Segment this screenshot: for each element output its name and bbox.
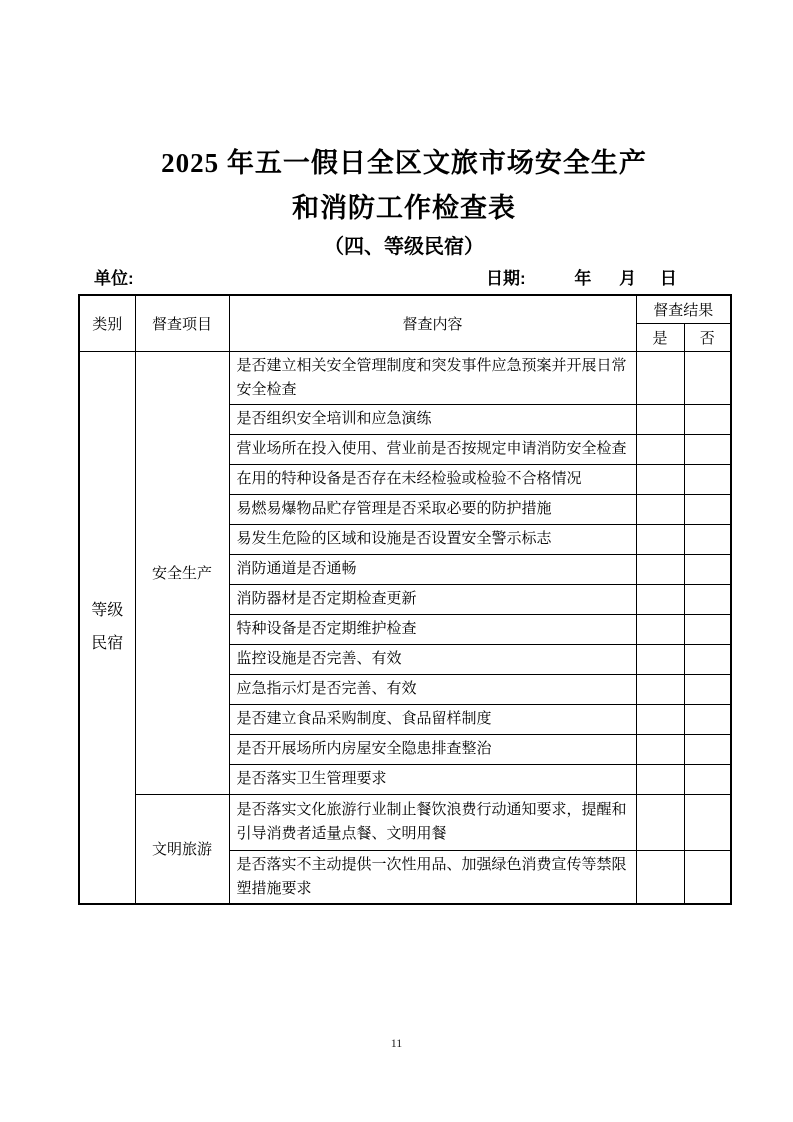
title-block: 2025 年五一假日全区文旅市场安全生产 和消防工作检查表 （四、等级民宿） xyxy=(78,0,730,264)
inspection-item: 应急指示灯是否完善、有效 xyxy=(229,674,636,704)
result-no-cell xyxy=(684,734,731,764)
header-category: 类别 xyxy=(79,295,135,351)
result-no-cell xyxy=(684,554,731,584)
document-subtitle: （四、等级民宿） xyxy=(78,231,730,264)
inspection-item: 是否落实不主动提供一次性用品、加强绿色消费宣传等禁限塑措施要求 xyxy=(229,850,636,904)
result-no-cell xyxy=(684,434,731,464)
month-label: 月 xyxy=(619,269,636,288)
result-yes-cell xyxy=(636,850,684,904)
inspection-item: 在用的特种设备是否存在未经检验或检验不合格情况 xyxy=(229,464,636,494)
result-no-cell xyxy=(684,614,731,644)
inspection-item: 易发生危险的区域和设施是否设置安全警示标志 xyxy=(229,524,636,554)
result-no-cell xyxy=(684,794,731,850)
inspection-item: 是否落实文化旅游行业制止餐饮浪费行动通知要求，提醒和引导消费者适量点餐、文明用餐 xyxy=(229,794,636,850)
inspection-item: 消防通道是否通畅 xyxy=(229,554,636,584)
result-yes-cell xyxy=(636,524,684,554)
result-no-cell xyxy=(684,584,731,614)
result-yes-cell xyxy=(636,644,684,674)
result-yes-cell xyxy=(636,434,684,464)
result-yes-cell xyxy=(636,794,684,850)
header-yes: 是 xyxy=(636,323,684,351)
project-cell-safety: 安全生产 xyxy=(135,351,229,794)
header-no: 否 xyxy=(684,323,731,351)
inspection-item: 是否建立相关安全管理制度和突发事件应急预案并开展日常安全检查 xyxy=(229,351,636,404)
inspection-table: 类别 督查项目 督查内容 督查结果 是 否 等级 民宿 安全生产 是 xyxy=(78,294,732,905)
header-project: 督查项目 xyxy=(135,295,229,351)
day-label: 日 xyxy=(660,269,677,288)
result-no-cell xyxy=(684,351,731,404)
inspection-item: 易燃易爆物品贮存管理是否采取必要的防护措施 xyxy=(229,494,636,524)
result-yes-cell xyxy=(636,674,684,704)
result-no-cell xyxy=(684,464,731,494)
result-no-cell xyxy=(684,404,731,434)
unit-date-row: 单位: 日期: 年 月 日 xyxy=(78,267,730,294)
result-yes-cell xyxy=(636,404,684,434)
header-result: 督查结果 xyxy=(636,295,731,323)
inspection-item: 消防器材是否定期检查更新 xyxy=(229,584,636,614)
inspection-item: 特种设备是否定期维护检查 xyxy=(229,614,636,644)
result-yes-cell xyxy=(636,494,684,524)
category-cell: 等级 民宿 xyxy=(79,351,135,904)
date-label: 日期: xyxy=(486,269,526,288)
result-yes-cell xyxy=(636,351,684,404)
result-yes-cell xyxy=(636,764,684,794)
document-title-line2: 和消防工作检查表 xyxy=(78,186,730,231)
year-label: 年 xyxy=(574,269,591,288)
inspection-item: 监控设施是否完善、有效 xyxy=(229,644,636,674)
result-no-cell xyxy=(684,764,731,794)
inspection-item: 是否开展场所内房屋安全隐患排查整治 xyxy=(229,734,636,764)
category-line2: 民宿 xyxy=(80,627,135,660)
inspection-item: 是否建立食品采购制度、食品留样制度 xyxy=(229,704,636,734)
date-group: 日期: 年 月 日 xyxy=(486,267,677,291)
unit-label: 单位: xyxy=(94,267,134,291)
category-line1: 等级 xyxy=(80,594,135,627)
result-no-cell xyxy=(684,644,731,674)
result-yes-cell xyxy=(636,704,684,734)
page-number: 11 xyxy=(0,1036,793,1051)
header-content: 督查内容 xyxy=(229,295,636,351)
result-no-cell xyxy=(684,704,731,734)
result-yes-cell xyxy=(636,554,684,584)
result-no-cell xyxy=(684,674,731,704)
result-yes-cell xyxy=(636,464,684,494)
result-no-cell xyxy=(684,524,731,554)
result-yes-cell xyxy=(636,734,684,764)
inspection-item: 营业场所在投入使用、营业前是否按规定申请消防安全检查 xyxy=(229,434,636,464)
result-no-cell xyxy=(684,494,731,524)
result-yes-cell xyxy=(636,614,684,644)
document-page: 2025 年五一假日全区文旅市场安全生产 和消防工作检查表 （四、等级民宿） 单… xyxy=(0,0,793,1122)
inspection-item: 是否落实卫生管理要求 xyxy=(229,764,636,794)
inspection-item: 是否组织安全培训和应急演练 xyxy=(229,404,636,434)
result-no-cell xyxy=(684,850,731,904)
project-cell-civilized-tourism: 文明旅游 xyxy=(135,794,229,904)
document-title-line1: 2025 年五一假日全区文旅市场安全生产 xyxy=(78,141,730,186)
result-yes-cell xyxy=(636,584,684,614)
